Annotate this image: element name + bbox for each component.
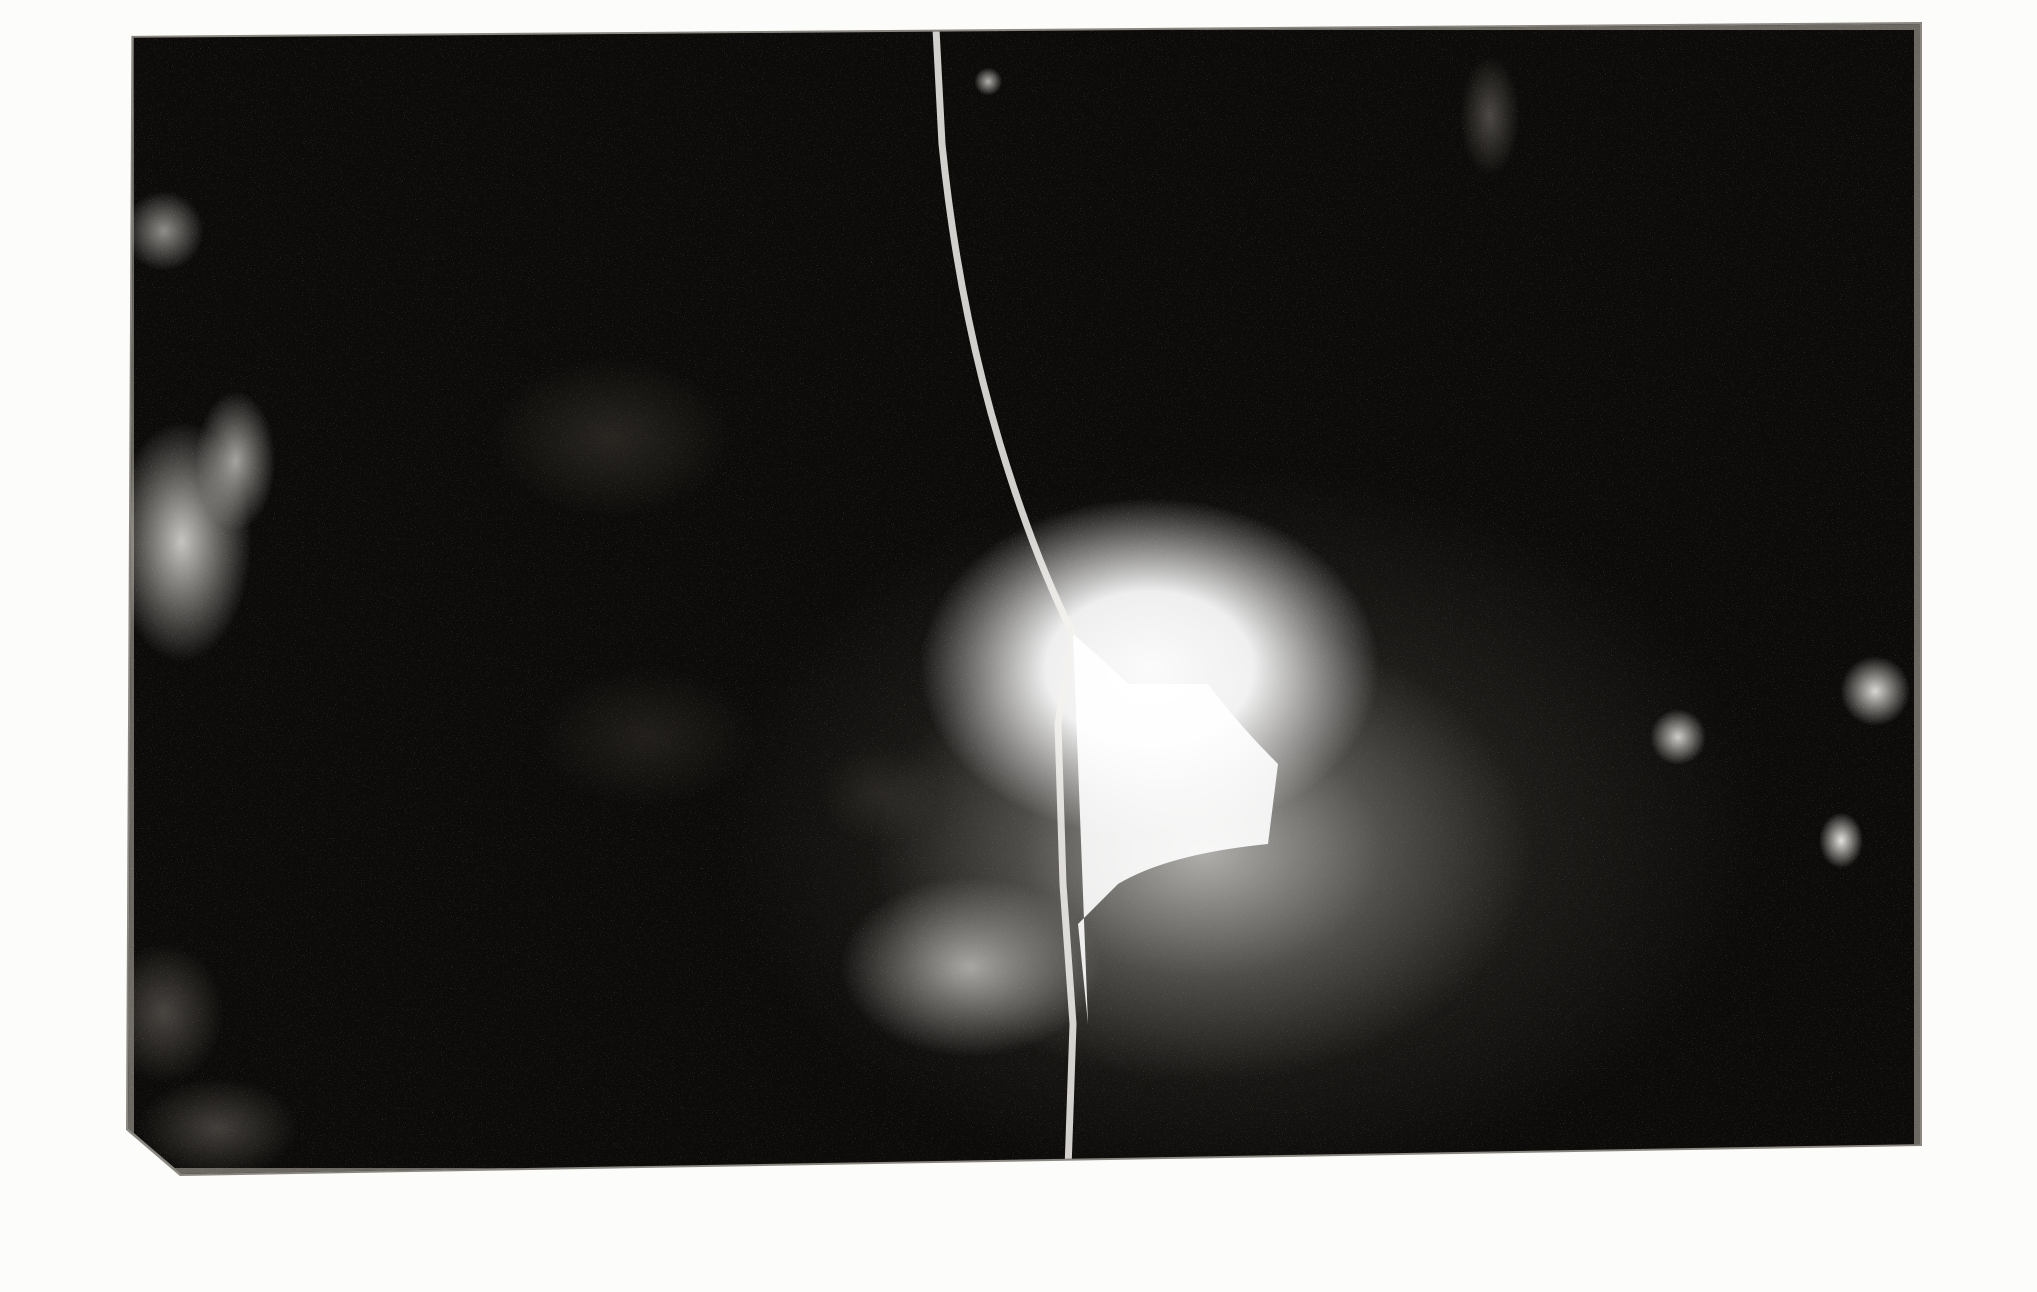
scanned-page xyxy=(0,0,2037,1292)
halftone-photograph xyxy=(128,24,1920,1174)
diagonal-crack-line xyxy=(128,24,1920,1174)
